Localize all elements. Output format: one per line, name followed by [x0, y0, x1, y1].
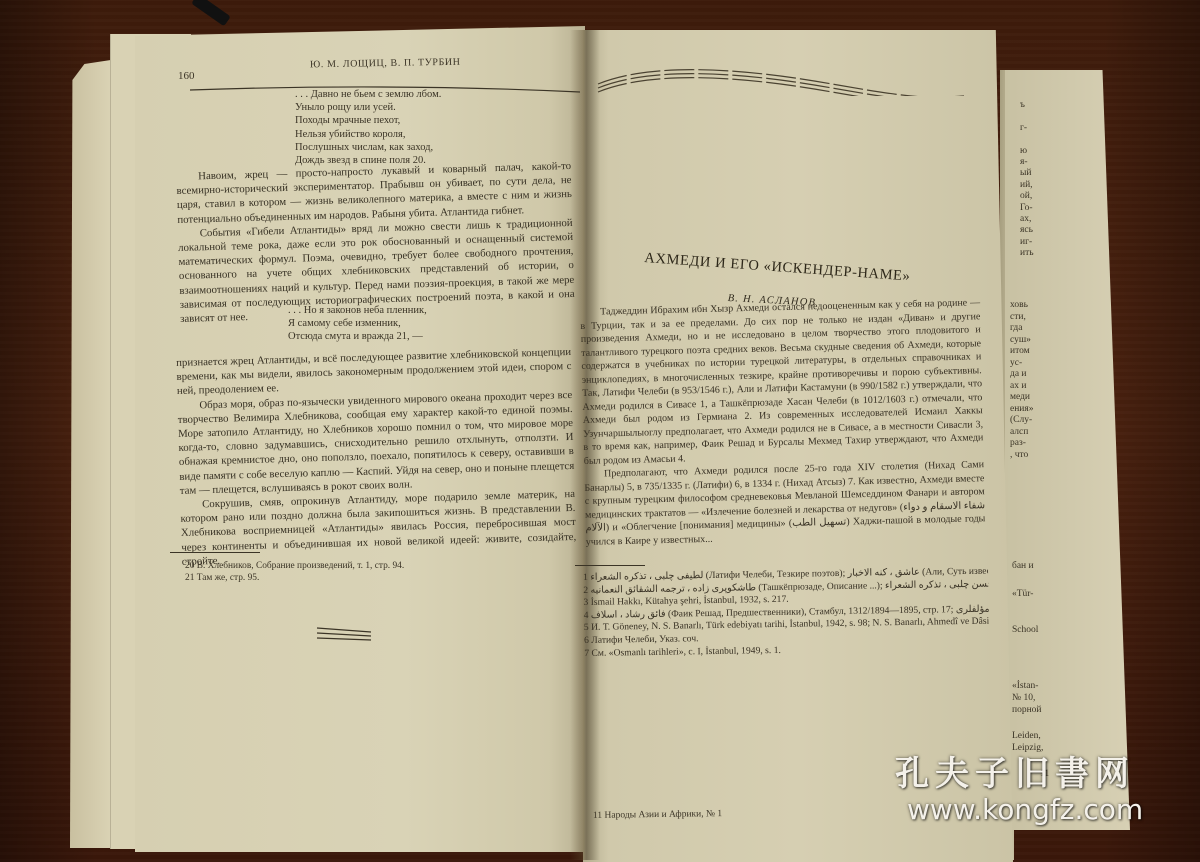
- text-fragment: «İstan-: [1012, 680, 1049, 692]
- text-fragment: меди: [1010, 392, 1034, 404]
- text-fragment: ый: [1020, 168, 1034, 179]
- text-fragment: алсп: [1010, 427, 1034, 439]
- text-fragment: г-: [1020, 123, 1034, 134]
- text-fragment: School: [1012, 624, 1049, 636]
- text-fragment: ъ: [1020, 100, 1034, 111]
- end-ornament: [315, 622, 375, 644]
- verse-line: Послушных числам, как заход,: [295, 141, 441, 154]
- verse-line: Походы мрачные пехот,: [295, 114, 441, 127]
- footnote: 21 Там же, стр. 95.: [185, 572, 404, 584]
- text-fragment: сти,: [1010, 312, 1034, 324]
- paragraph: Таджеддин Ибрахим ибн Хызр Ахмеди осталс…: [580, 296, 984, 468]
- right-paragraphs: Таджеддин Ибрахим ибн Хызр Ахмеди осталс…: [580, 296, 986, 549]
- text-fragment: (Слу-: [1010, 415, 1034, 427]
- text-fragment: иг-: [1020, 237, 1034, 248]
- text-fragment: ю: [1020, 146, 1034, 157]
- text-fragment: ий,: [1020, 180, 1034, 191]
- site-watermark: 孔夫子旧書网 www.kongfz.com: [895, 755, 1143, 827]
- underlying-text-top: ъ г- ю я- ый ий, ой, Го- ах, ясь иг- ить: [1020, 100, 1034, 260]
- text-fragment: ясь: [1020, 225, 1034, 236]
- footnotes-left: 20 В. Хлебников, Собрание произведений, …: [185, 560, 404, 584]
- paragraph: Образ моря, образ по-язычески увиденного…: [177, 388, 575, 498]
- text-fragment: ус-: [1010, 358, 1034, 370]
- text-fragment: ховь: [1010, 300, 1034, 312]
- text-fragment: гда: [1010, 323, 1034, 335]
- footnote: 20 В. Хлебников, Собрание произведений, …: [185, 560, 404, 572]
- verse-line: Отсюда смута и вражда 21, —: [288, 330, 427, 343]
- page-number: 160: [178, 70, 195, 82]
- left-paragraphs-1: Навоим, жрец — просто-напросто лукавый и…: [176, 159, 575, 326]
- text-fragment: раз-: [1010, 438, 1034, 450]
- verse-line: . . . Давно не бьем с землю лбом.: [295, 88, 441, 101]
- left-paragraphs-2: признается жрец Атлантиды, и всё последу…: [176, 345, 577, 569]
- footnote-rule: [575, 565, 645, 566]
- text-fragment: порной: [1012, 704, 1049, 716]
- watermark-url: www.kongfz.com: [907, 793, 1143, 827]
- text-fragment: «Tür-: [1012, 588, 1049, 600]
- text-fragment: ах,: [1020, 214, 1034, 225]
- verse-block-1: . . . Давно не бьем с землю лбом. Уныло …: [295, 88, 441, 167]
- verse-line: Уныло рощу или усей.: [295, 101, 441, 114]
- text-fragment: ить: [1020, 248, 1034, 259]
- verse-line: . . . Но я законов неба пленник,: [288, 304, 427, 317]
- verse-block-2: . . . Но я законов неба пленник, Я самом…: [288, 304, 427, 344]
- paragraph: Предполагают, что Ахмеди родился после 2…: [584, 458, 986, 549]
- text-fragment: [1020, 134, 1034, 145]
- text-fragment: я-: [1020, 157, 1034, 168]
- text-fragment: Го-: [1020, 203, 1034, 214]
- text-fragment: бан и: [1012, 560, 1049, 572]
- watermark-chinese: 孔夫子旧書网: [895, 755, 1143, 793]
- signature-line: 11 Народы Азии и Африки, № 1: [593, 809, 722, 821]
- verse-line: Я самому себе изменник,: [288, 317, 427, 330]
- underlying-text-bottom: бан и «Tür- School «İstan- № 10, порной …: [1012, 560, 1049, 780]
- footnotes-right: 1 لطیفی چلبی ، تذکره الشعراء (Латифи Чел…: [583, 566, 989, 661]
- footnote-rule: [170, 552, 260, 553]
- text-fragment: да и: [1010, 369, 1034, 381]
- text-fragment: , что: [1010, 450, 1034, 462]
- text-fragment: ах и: [1010, 381, 1034, 393]
- text-fragment: № 10,: [1012, 692, 1049, 704]
- text-fragment: [1020, 111, 1034, 122]
- text-fragment: Leipzig,: [1012, 742, 1049, 754]
- text-fragment: Leiden,: [1012, 730, 1049, 742]
- underlying-text-mid: ховь сти, гда суш» итом ус- да и ах и ме…: [1010, 300, 1034, 461]
- title-ornament: [592, 56, 972, 96]
- paragraph: Сокрушив, смяв, опрокинув Атлантиду, мор…: [180, 487, 577, 569]
- text-fragment: итом: [1010, 346, 1034, 358]
- text-fragment: суш»: [1010, 335, 1034, 347]
- text-fragment: ой,: [1020, 191, 1034, 202]
- verse-line: Нельзя убийство короля,: [295, 128, 441, 141]
- text-fragment: ения»: [1010, 404, 1034, 416]
